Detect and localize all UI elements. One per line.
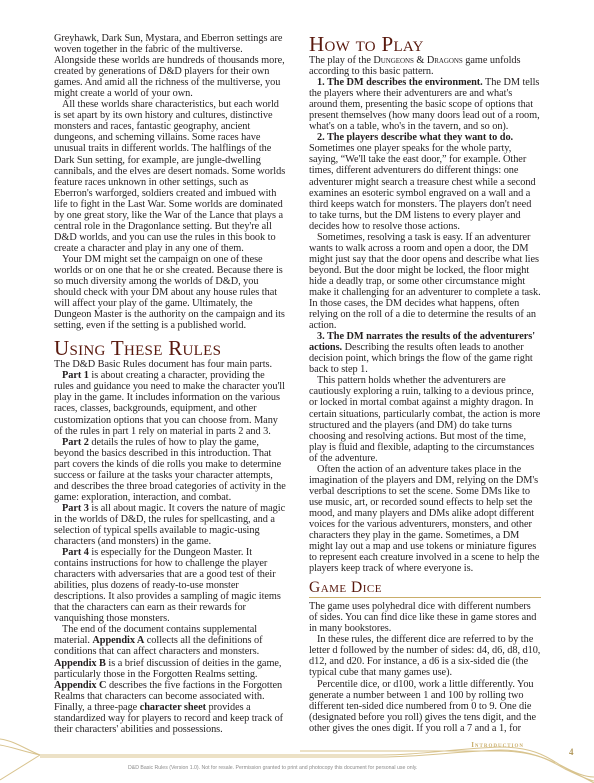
paragraph-pattern-holds: This pattern holds whether the adventure…	[309, 375, 541, 463]
heading-using-these-rules: Using These Rules	[54, 337, 286, 359]
character-sheet-label: character sheet	[140, 702, 206, 713]
step-2-label: 2. The players describe what they want t…	[317, 132, 513, 143]
step-2-text: Sometimes one player speaks for the whol…	[309, 143, 536, 231]
heading-game-dice: Game Dice	[309, 579, 541, 598]
paragraph-imagination: Often the action of an adventure takes p…	[309, 464, 541, 574]
paragraph-basic-pattern: The play of the Dungeons & Dragons game …	[309, 55, 541, 77]
part-4-label: Part 4	[62, 547, 89, 558]
step-3-text: Describing the results often leads to an…	[309, 342, 533, 375]
heading-how-to-play: How to Play	[309, 33, 541, 55]
part-2-label: Part 2	[62, 437, 89, 448]
part-2-text: details the rules of how to play the gam…	[54, 437, 286, 503]
paragraph-step-3: 3. The DM narrates the results of the ad…	[309, 331, 541, 375]
right-column: How to Play The play of the Dungeons & D…	[309, 33, 541, 734]
part-4-text: is especially for the Dungeon Master. It…	[54, 547, 281, 624]
part-1-text: is about creating a character, providing…	[54, 370, 285, 436]
left-column: Greyhawk, Dark Sun, Mystara, and Eberron…	[54, 33, 286, 735]
paragraph-multiverse: Greyhawk, Dark Sun, Mystara, and Eberron…	[54, 33, 286, 99]
footer-ornament-icon	[0, 725, 594, 783]
footer-section-title: Introduction	[471, 741, 524, 749]
paragraph-appendices: The end of the document contains supplem…	[54, 624, 286, 734]
part-3-text: is all about magic. It covers the nature…	[54, 503, 285, 547]
paragraph-part-4: Part 4 is especially for the Dungeon Mas…	[54, 547, 286, 624]
paragraph-four-parts: The D&D Basic Rules document has four ma…	[54, 359, 286, 370]
paragraph-dice-notation: In these rules, the different dice are r…	[309, 634, 541, 678]
paragraph-step-2: 2. The players describe what they want t…	[309, 132, 541, 231]
paragraph-polyhedral-dice: The game uses polyhedral dice with diffe…	[309, 601, 541, 634]
appendix-a-label: Appendix A	[92, 635, 144, 646]
paragraph-step-1: 1. The DM describes the environment. The…	[309, 77, 541, 132]
part-3-label: Part 3	[62, 503, 89, 514]
paragraph-part-1: Part 1 is about creating a character, pr…	[54, 370, 286, 436]
step-1-label: 1. The DM describes the environment.	[317, 77, 483, 88]
part-1-label: Part 1	[62, 370, 89, 381]
intro-text: The play of the	[309, 55, 373, 66]
legal-notice: D&D Basic Rules (Version 1.0). Not for r…	[128, 765, 417, 771]
appendix-c-label: Appendix C	[54, 680, 106, 691]
paragraph-part-2: Part 2 details the rules of how to play …	[54, 437, 286, 503]
page-number: 4	[569, 747, 574, 757]
paragraph-resolving-task: Sometimes, resolving a task is easy. If …	[309, 232, 541, 331]
brand-name: Dungeons & Dragons	[373, 55, 462, 66]
paragraph-part-3: Part 3 is all about magic. It covers the…	[54, 503, 286, 547]
paragraph-dm-campaign: Your DM might set the campaign on one of…	[54, 254, 286, 331]
paragraph-worlds-characteristics: All these worlds share characteristics, …	[54, 99, 286, 254]
appendix-b-label: Appendix B	[54, 658, 106, 669]
